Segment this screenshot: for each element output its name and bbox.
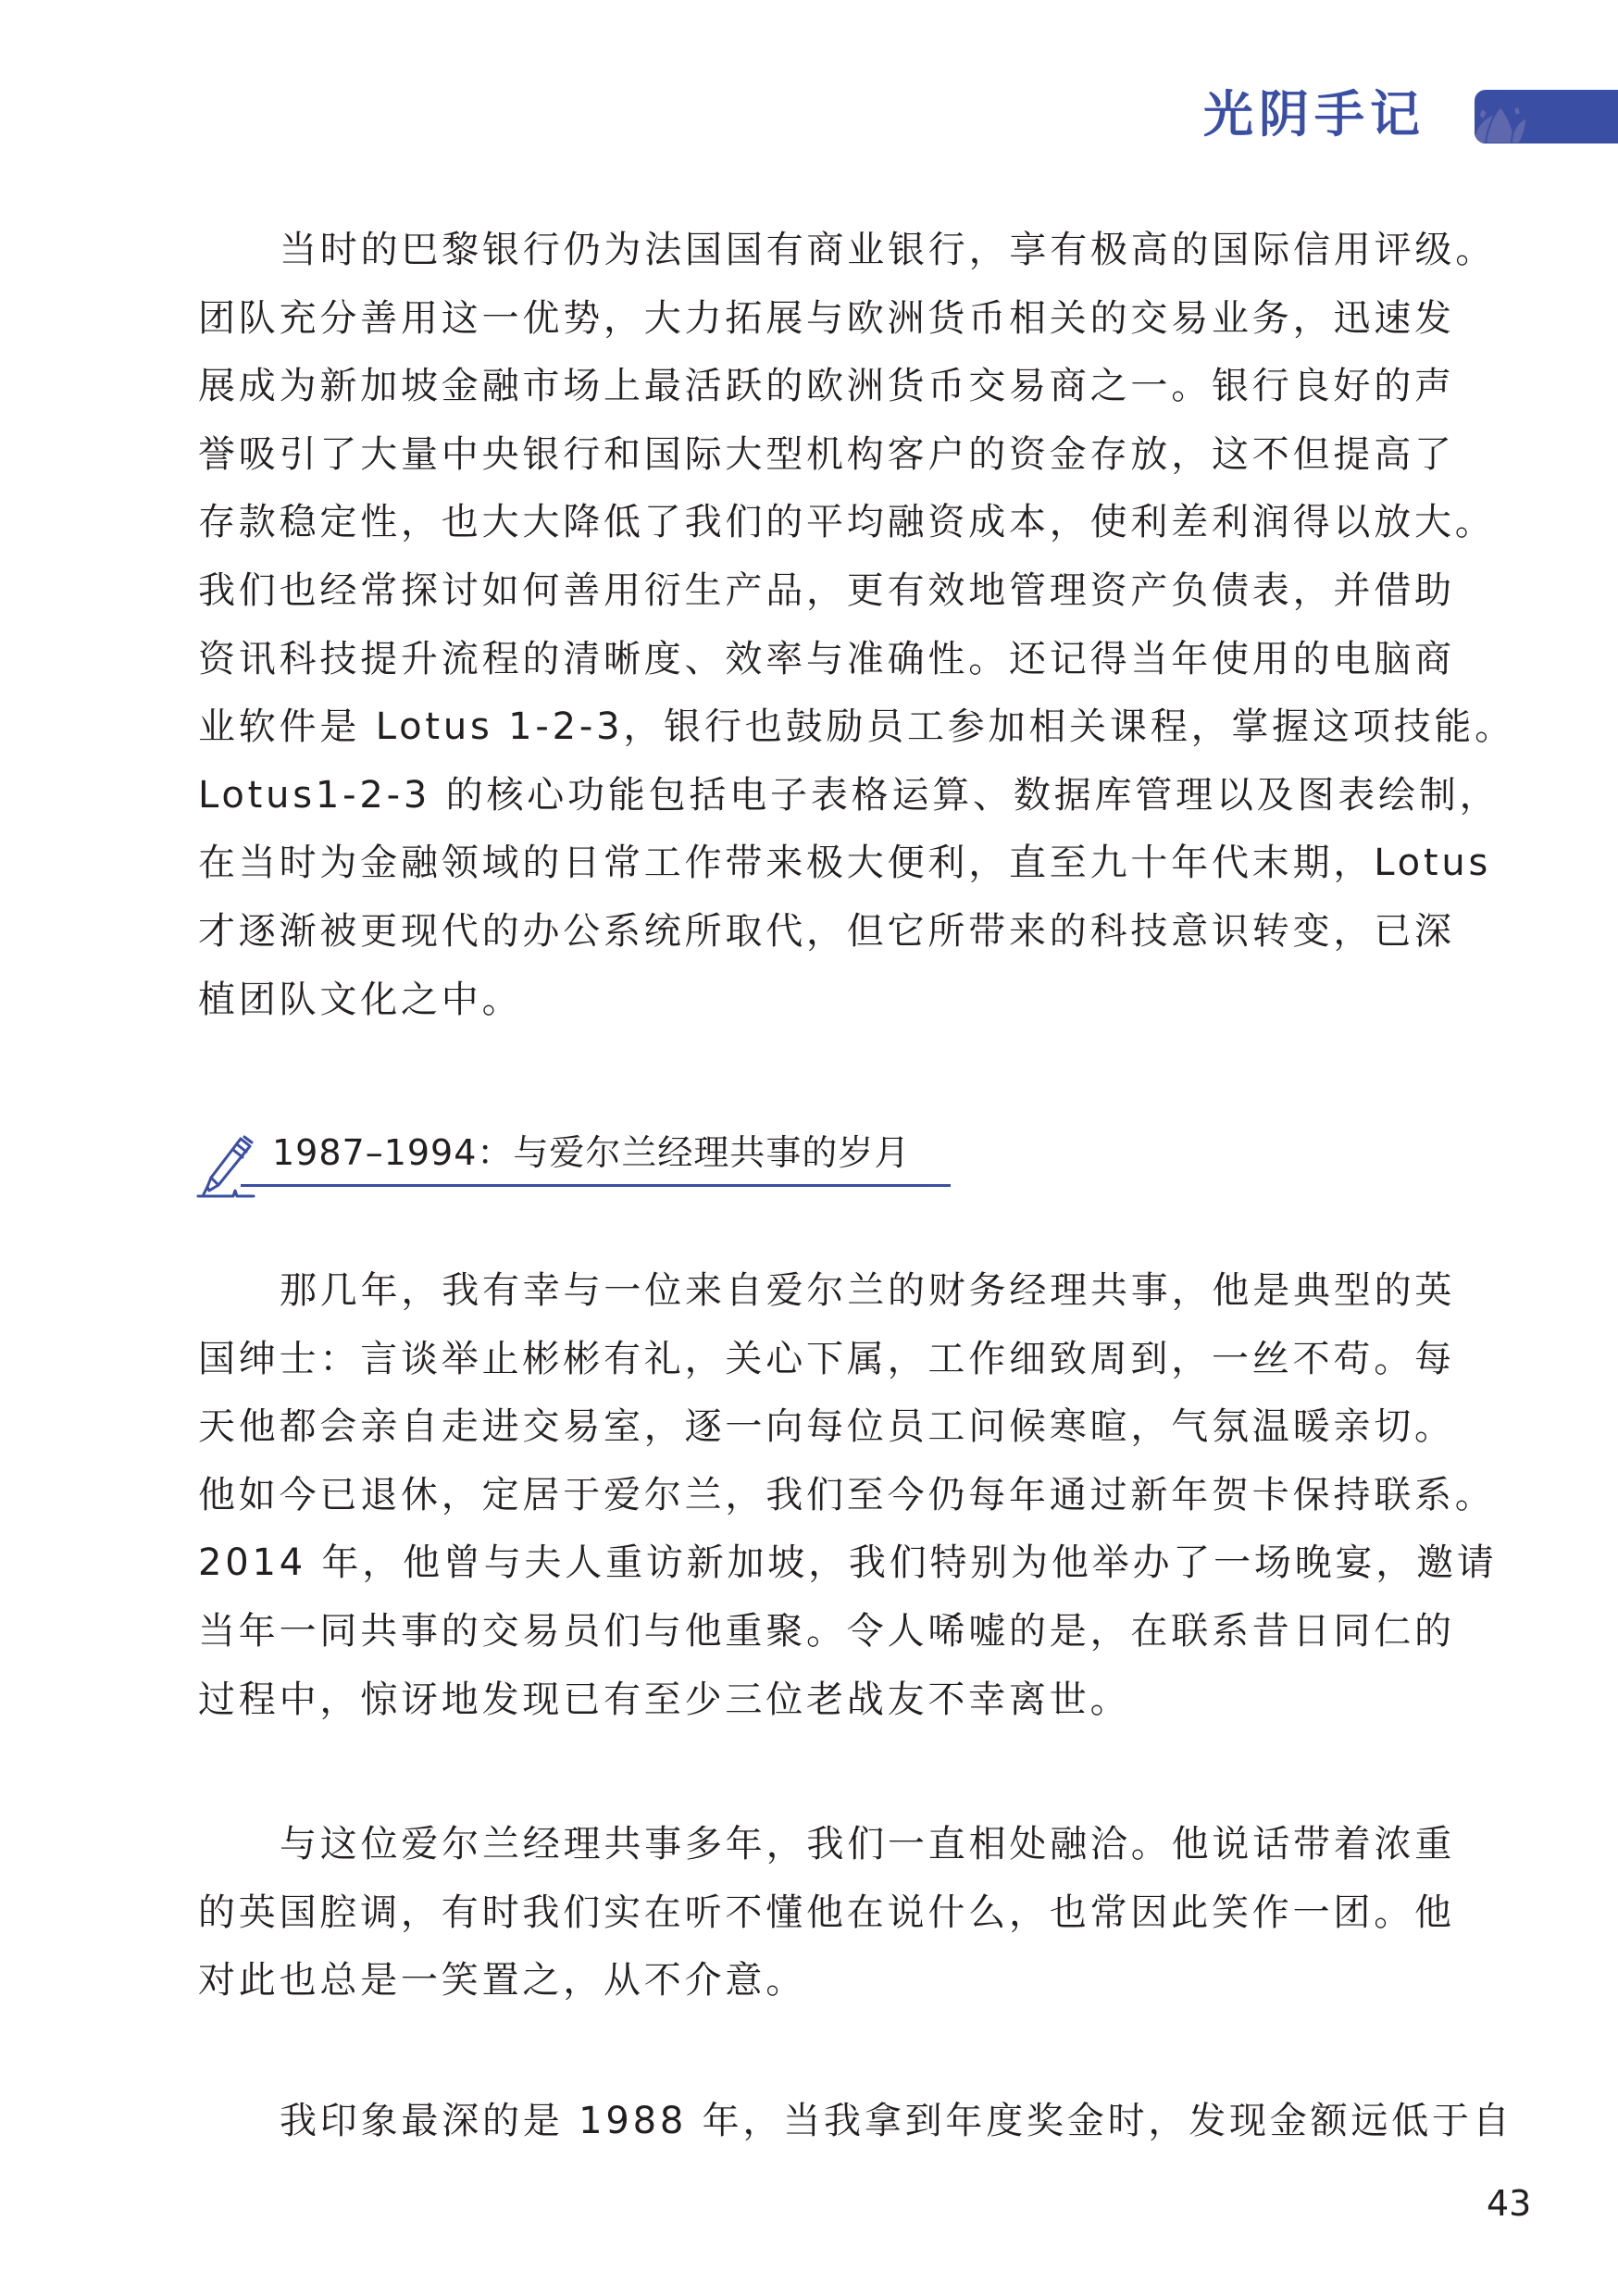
text-line: 的英国腔调，有时我们实在听不懂他在说什么，也常因此笑作一团。他	[198, 1879, 1422, 1948]
section-heading: 1987–1994：与爱尔兰经理共事的岁月	[196, 1122, 951, 1200]
text-line: 团队充分善用这一优势，大力拓展与欧洲货币相关的交易业务，迅速发	[198, 285, 1422, 354]
text-line: 当年一同共事的交易员们与他重聚。令人唏嘘的是，在联系昔日同仁的	[198, 1598, 1422, 1666]
text-line: 业软件是 Lotus 1-2-3，银行也鼓励员工参加相关课程，掌握这项技能。	[198, 693, 1422, 762]
text-line: 国绅士：言谈举止彬彬有礼，关心下属，工作细致周到，一丝不苟。每	[198, 1326, 1422, 1394]
text-line: 我印象最深的是 1988 年，当我拿到年度奖金时，发现金额远低于自	[198, 2088, 1422, 2156]
text-line: 2014 年，他曾与夫人重访新加坡，我们特别为他举办了一场晚宴，邀请	[198, 1529, 1422, 1598]
section-heading-text: 1987–1994：与爱尔兰经理共事的岁月	[272, 1129, 910, 1176]
page-number: 43	[1487, 2181, 1531, 2226]
heading-underline	[241, 1184, 951, 1187]
lotus-icon	[1475, 90, 1618, 143]
paragraph-lotus: 当时的巴黎银行仍为法国国有商业银行，享有极高的国际信用评级。 团队充分善用这一优…	[198, 217, 1422, 1034]
paragraph-irish-manager: 那几年，我有幸与一位来自爱尔兰的财务经理共事，他是典型的英 国绅士：言谈举止彬彬…	[198, 1257, 1422, 1734]
text-line: 天他都会亲自走进交易室，逐一向每位员工问候寒暄，气氛温暖亲切。	[198, 1393, 1422, 1462]
text-line: 在当时为金融领域的日常工作带来极大便利，直至九十年代末期，Lotus	[198, 830, 1422, 898]
text-line: 存款稳定性，也大大降低了我们的平均融资成本，使利差利润得以放大。	[198, 489, 1422, 557]
paragraph-accent: 与这位爱尔兰经理共事多年，我们一直相处融洽。他说话带着浓重 的英国腔调，有时我们…	[198, 1811, 1422, 2015]
pen-icon	[196, 1135, 257, 1202]
text-line: 才逐渐被更现代的办公系统所取代，但它所带来的科技意识转变，已深	[198, 898, 1422, 967]
running-header-title: 光阴手记	[1203, 85, 1425, 144]
text-line: 过程中，惊讶地发现已有至少三位老战友不幸离世。	[198, 1666, 1422, 1735]
text-line: 当时的巴黎银行仍为法国国有商业银行，享有极高的国际信用评级。	[198, 217, 1422, 285]
paragraph-bonus: 我印象最深的是 1988 年，当我拿到年度奖金时，发现金额远低于自	[198, 2088, 1422, 2156]
text-line: 誉吸引了大量中央银行和国际大型机构客户的资金存放，这不但提高了	[198, 421, 1422, 490]
text-line: 那几年，我有幸与一位来自爱尔兰的财务经理共事，他是典型的英	[198, 1257, 1422, 1326]
text-line: 对此也总是一笑置之，从不介意。	[198, 1947, 1422, 2015]
header-tab	[1475, 90, 1618, 143]
text-line: 展成为新加坡金融市场上最活跃的欧洲货币交易商之一。银行良好的声	[198, 353, 1422, 421]
text-line: 他如今已退休，定居于爱尔兰，我们至今仍每年通过新年贺卡保持联系。	[198, 1462, 1422, 1530]
text-line: Lotus1-2-3 的核心功能包括电子表格运算、数据库管理以及图表绘制，	[198, 762, 1422, 830]
text-line: 我们也经常探讨如何善用衍生产品，更有效地管理资产负债表，并借助	[198, 557, 1422, 626]
text-line: 植团队文化之中。	[198, 967, 1422, 1035]
text-line: 资讯科技提升流程的清晰度、效率与准确性。还记得当年使用的电脑商	[198, 626, 1422, 694]
text-line: 与这位爱尔兰经理共事多年，我们一直相处融洽。他说话带着浓重	[198, 1811, 1422, 1879]
